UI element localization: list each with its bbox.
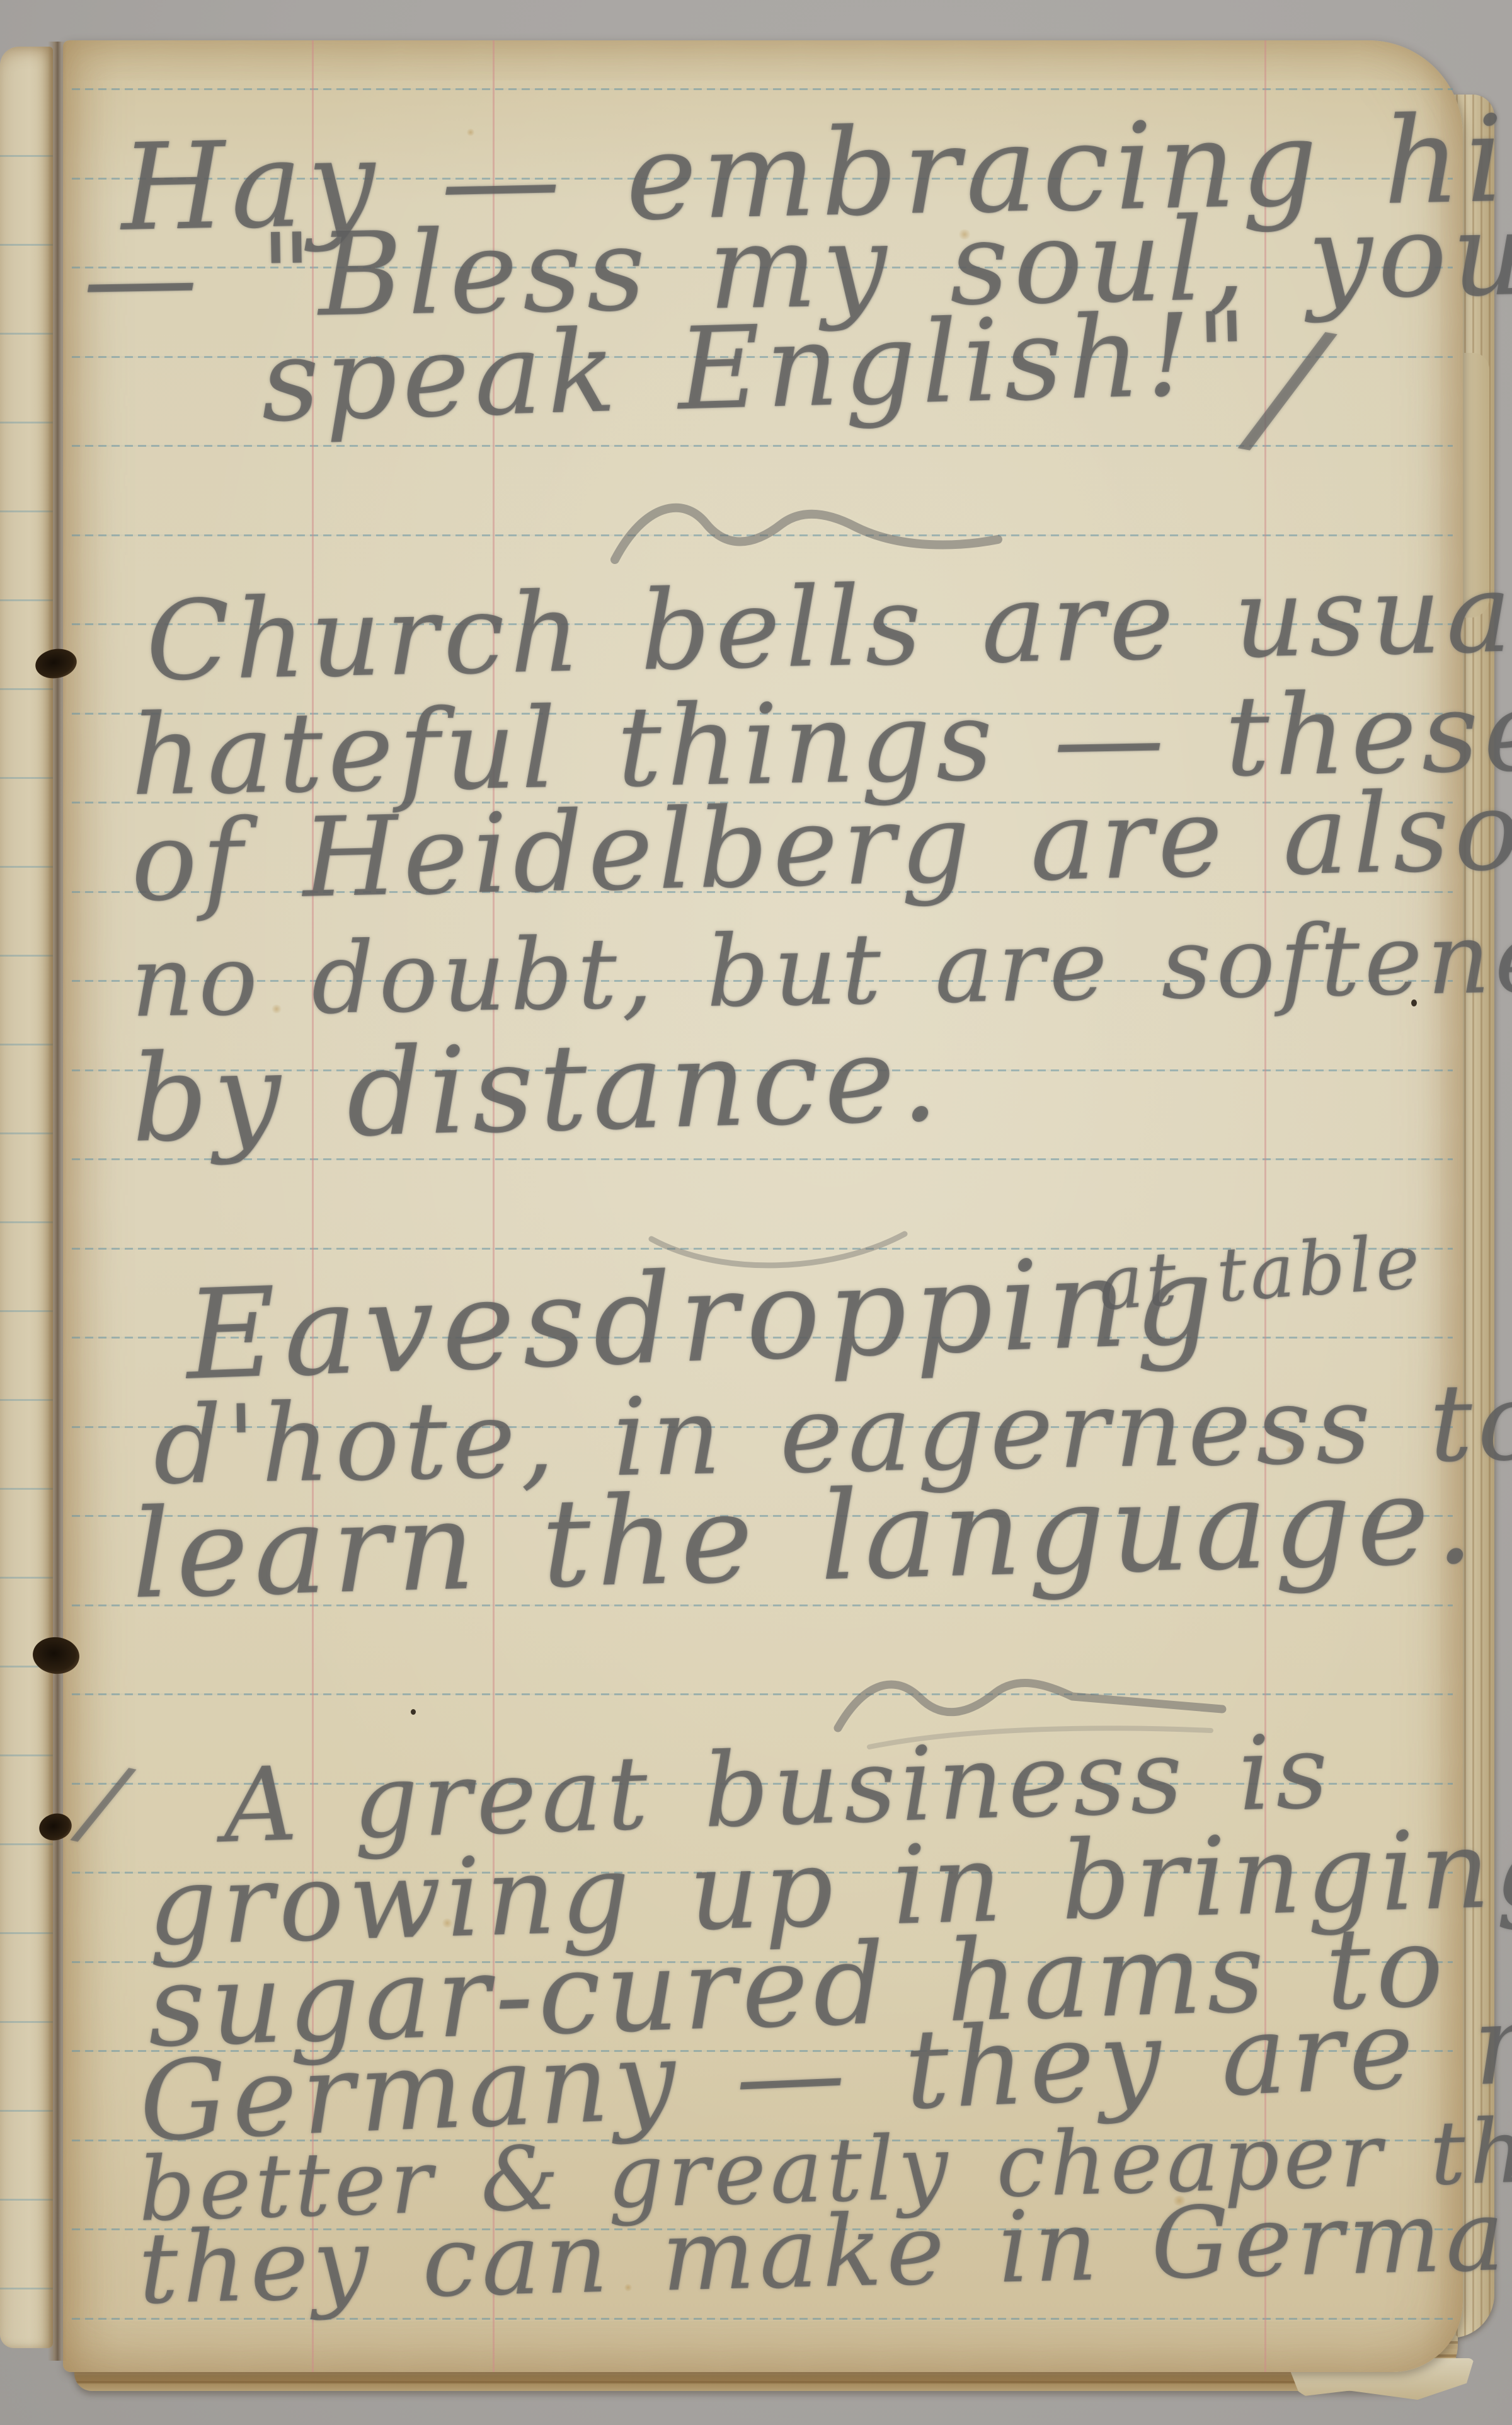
ink-speck <box>1411 999 1417 1006</box>
ruled-line <box>72 1693 1453 1695</box>
binding-gutter <box>48 42 67 2361</box>
handwritten-line: learn the language. <box>130 1458 1480 1616</box>
previous-page-edge <box>0 47 53 2348</box>
handwritten-superscript: at table <box>1096 1224 1425 1321</box>
handwritten-line: of Heidelberg are also, <box>130 775 1512 918</box>
handwritten-line: by distance. <box>130 1018 945 1160</box>
ink-speck <box>411 1709 416 1715</box>
notebook-scan: Hay — embracing him — "Bless my soul, yo… <box>0 0 1512 2425</box>
notebook-page: Hay — embracing him — "Bless my soul, yo… <box>63 40 1463 2372</box>
ruled-line <box>72 88 1453 90</box>
handwritten-line: speak English!" <box>260 297 1255 439</box>
